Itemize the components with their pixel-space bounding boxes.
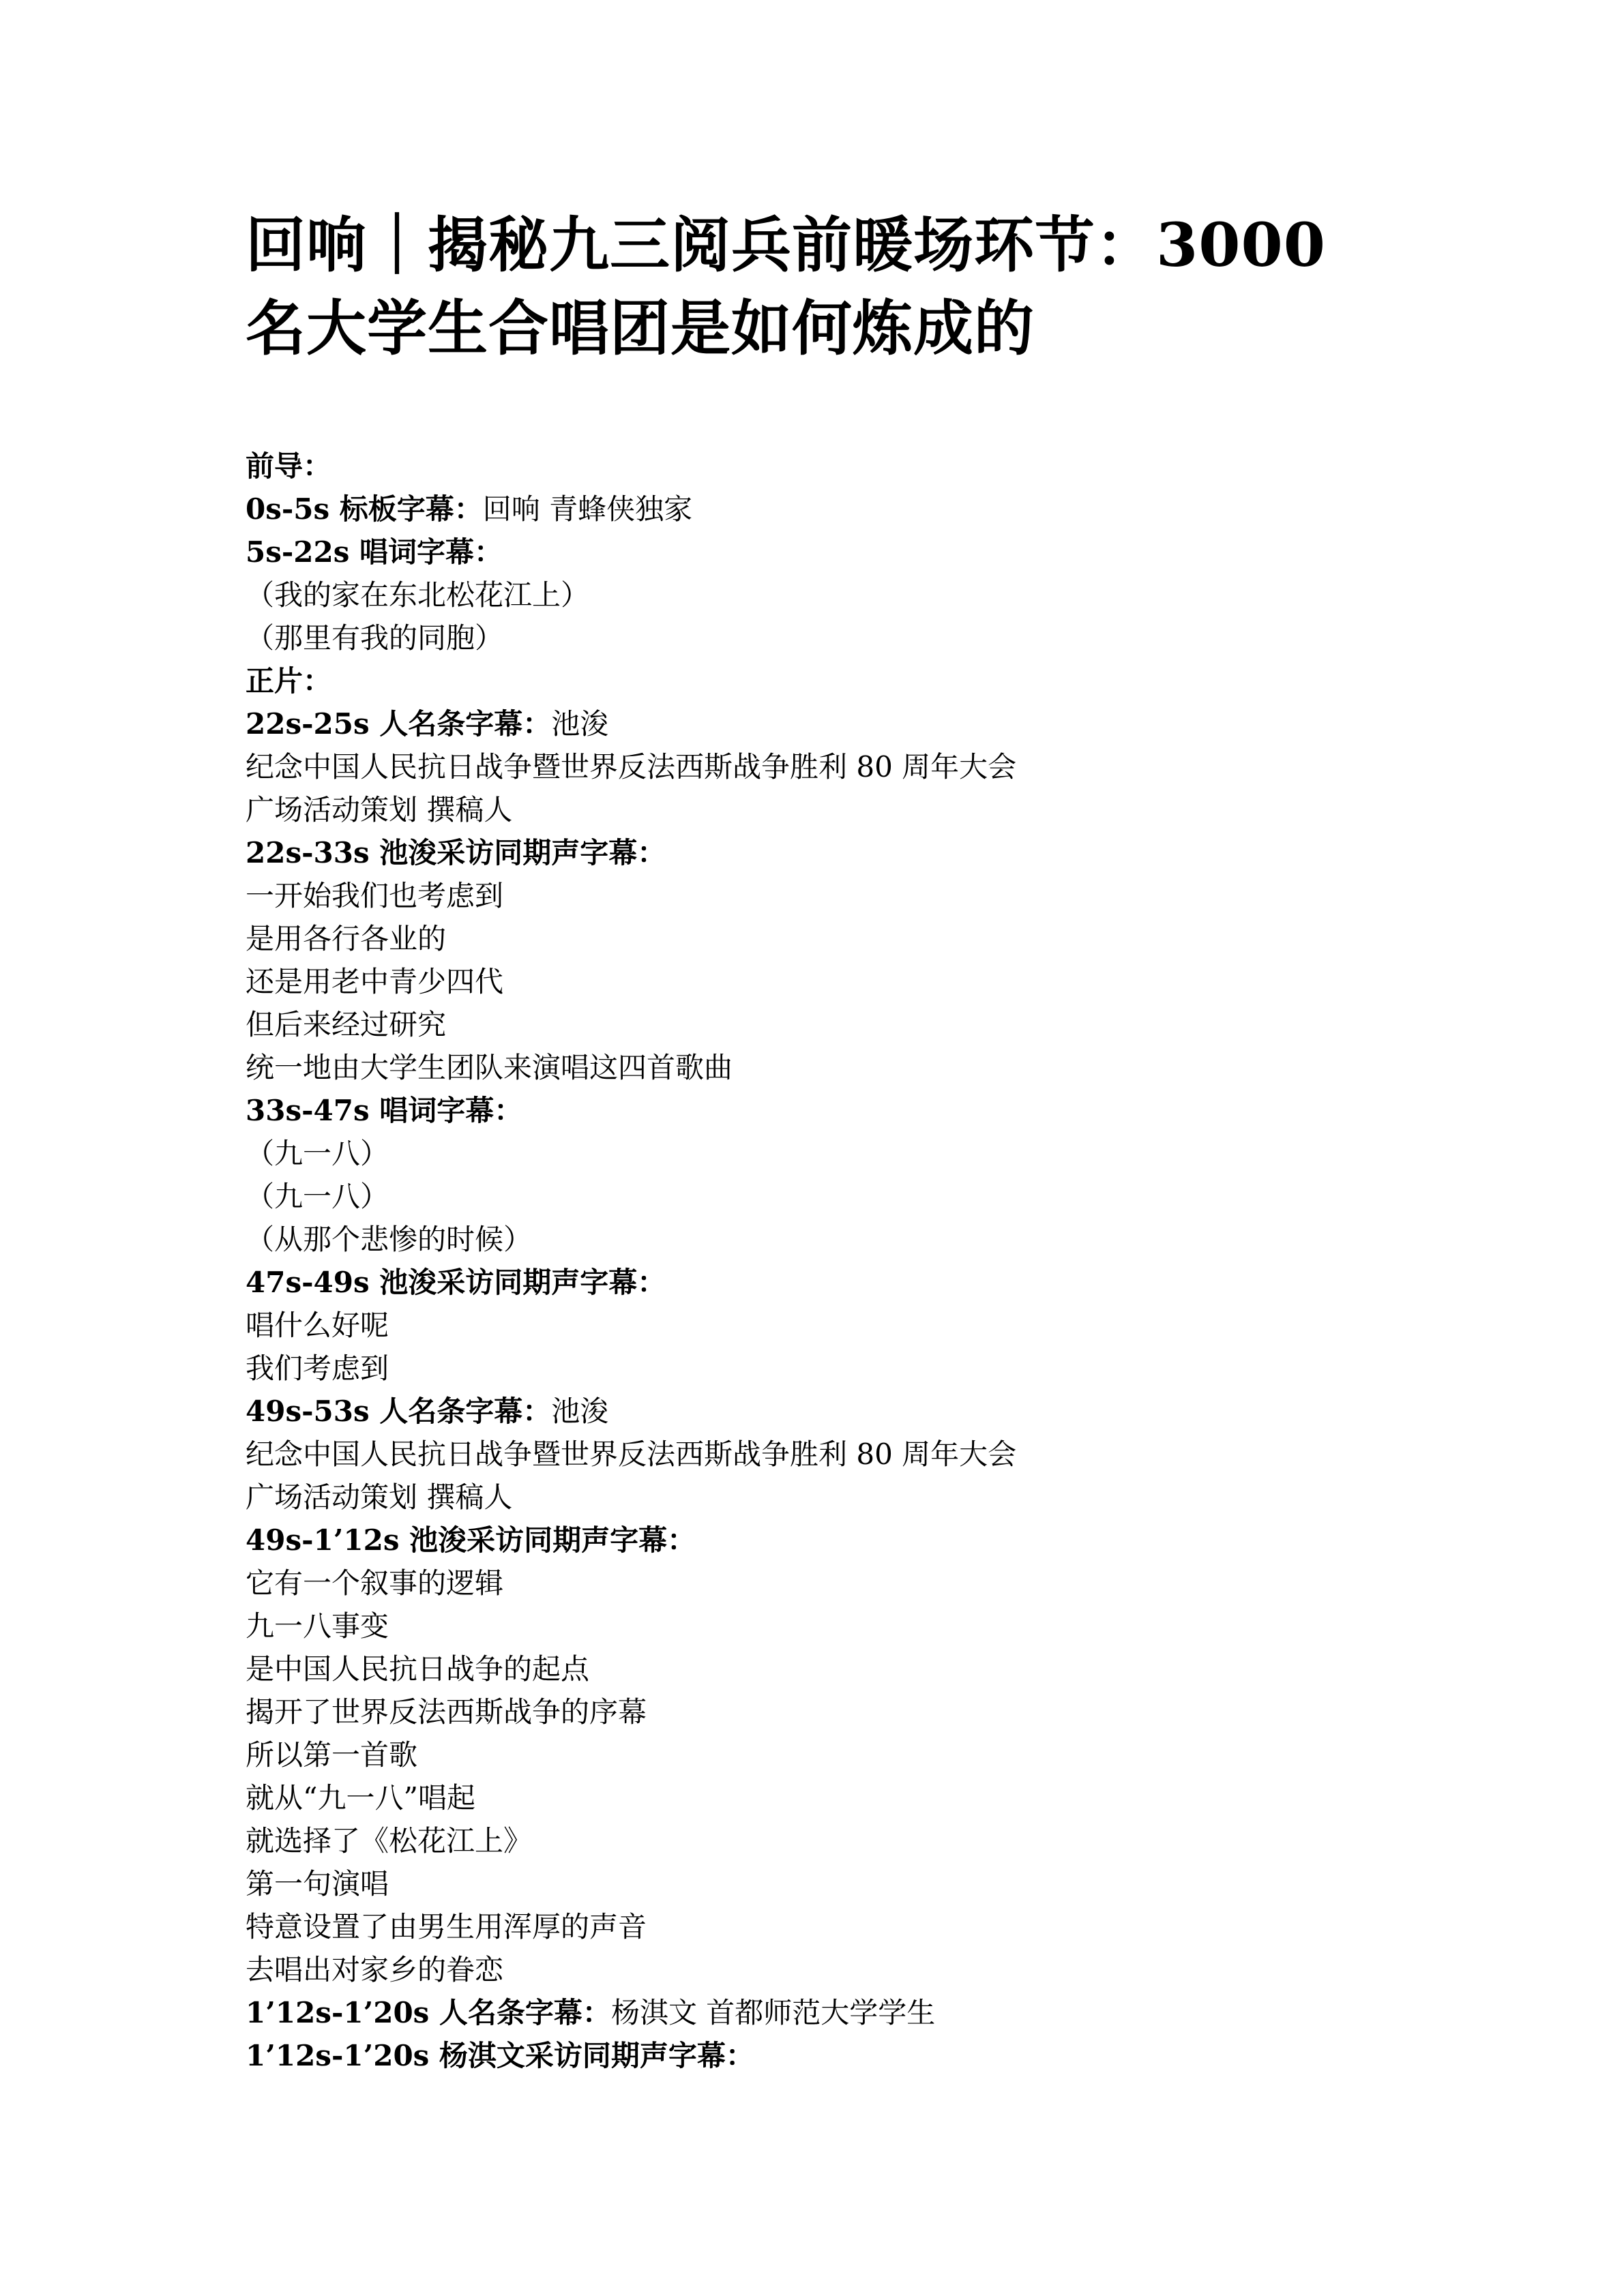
document-body: 前导：0s-5s 标板字幕：回响 青蜂侠独家5s-22s 唱词字幕：（我的家在东… xyxy=(246,445,1392,2077)
text-segment: 去唱出对家乡的眷恋 xyxy=(246,1953,503,1986)
text-line: 我们考虑到 xyxy=(246,1347,1392,1390)
text-line: 就选择了《松花江上》 xyxy=(246,1819,1392,1862)
text-segment: 一开始我们也考虑到 xyxy=(246,879,503,912)
text-segment-bold: 33s-47s 唱词字幕： xyxy=(246,1094,522,1127)
text-line: 正片： xyxy=(246,659,1392,702)
text-line: 33s-47s 唱词字幕： xyxy=(246,1089,1392,1132)
text-segment: （九一八） xyxy=(246,1137,389,1170)
text-line: 还是用老中青少四代 xyxy=(246,960,1392,1003)
text-line: 是用各行各业的 xyxy=(246,917,1392,960)
text-segment-bold: 47s-49s 池浚采访同期声字幕： xyxy=(246,1266,666,1299)
text-line: 47s-49s 池浚采访同期声字幕： xyxy=(246,1261,1392,1304)
text-line: 是中国人民抗日战争的起点 xyxy=(246,1648,1392,1690)
text-segment: （那里有我的同胞） xyxy=(246,621,503,655)
document-title-line-1: 回响｜揭秘九三阅兵前暖场环节：3000 xyxy=(246,203,1392,286)
text-segment-bold: 前导： xyxy=(246,449,331,483)
text-segment: 第一句演唱 xyxy=(246,1867,389,1900)
text-line: 统一地由大学生团队来演唱这四首歌曲 xyxy=(246,1046,1392,1089)
text-segment: 纪念中国人民抗日战争暨世界反法西斯战争胜利 80 周年大会 xyxy=(246,750,1016,784)
text-line: 所以第一首歌 xyxy=(246,1733,1392,1776)
text-segment: 杨淇文 首都师范大学学生 xyxy=(611,1996,935,2029)
text-line: （那里有我的同胞） xyxy=(246,616,1392,659)
text-line: 1’12s-1’20s 人名条字幕：杨淇文 首都师范大学学生 xyxy=(246,1991,1392,2034)
text-segment: 广场活动策划 撰稿人 xyxy=(246,1480,512,1514)
text-line: 但后来经过研究 xyxy=(246,1003,1392,1046)
text-segment-bold: 1’12s-1’20s 杨淇文采访同期声字幕： xyxy=(246,2039,754,2072)
text-line: （我的家在东北松花江上） xyxy=(246,573,1392,616)
text-segment: 特意设置了由男生用浑厚的声音 xyxy=(246,1910,647,1943)
text-line: （九一八） xyxy=(246,1175,1392,1218)
text-line: 纪念中国人民抗日战争暨世界反法西斯战争胜利 80 周年大会 xyxy=(246,1433,1392,1476)
text-segment: 回响 青蜂侠独家 xyxy=(483,492,692,526)
text-line: （从那个悲惨的时候） xyxy=(246,1218,1392,1261)
document-page: 回响｜揭秘九三阅兵前暖场环节：3000 名大学生合唱团是如何炼成的 前导：0s-… xyxy=(0,0,1624,2296)
text-segment: 是中国人民抗日战争的起点 xyxy=(246,1652,589,1686)
text-line: 49s-1’12s 池浚采访同期声字幕： xyxy=(246,1519,1392,1562)
text-line: 0s-5s 标板字幕：回响 青蜂侠独家 xyxy=(246,488,1392,531)
text-segment: 池浚 xyxy=(551,1395,608,1428)
document-title-line-2: 名大学生合唱团是如何炼成的 xyxy=(246,286,1392,370)
text-segment-bold: 正片： xyxy=(246,664,331,698)
text-line: 九一八事变 xyxy=(246,1605,1392,1648)
text-segment-bold: 22s-33s 池浚采访同期声字幕： xyxy=(246,836,666,869)
text-segment-bold: 49s-1’12s 池浚采访同期声字幕： xyxy=(246,1523,696,1557)
text-segment: 它有一个叙事的逻辑 xyxy=(246,1566,503,1600)
text-segment-bold: 0s-5s 标板字幕： xyxy=(246,492,483,526)
text-segment-bold: 49s-53s 人名条字幕： xyxy=(246,1395,551,1428)
text-segment-bold: 22s-25s 人名条字幕： xyxy=(246,707,551,741)
text-line: 广场活动策划 撰稿人 xyxy=(246,788,1392,831)
text-line: 它有一个叙事的逻辑 xyxy=(246,1562,1392,1605)
text-segment: 是用各行各业的 xyxy=(246,922,446,955)
text-line: 22s-33s 池浚采访同期声字幕： xyxy=(246,831,1392,874)
text-line: 就从“九一八”唱起 xyxy=(246,1776,1392,1819)
text-line: 1’12s-1’20s 杨淇文采访同期声字幕： xyxy=(246,2034,1392,2077)
document-title: 回响｜揭秘九三阅兵前暖场环节：3000 名大学生合唱团是如何炼成的 xyxy=(246,203,1392,370)
text-segment-bold: 1’12s-1’20s 人名条字幕： xyxy=(246,1996,611,2029)
text-line: 唱什么好呢 xyxy=(246,1304,1392,1347)
text-line: 前导： xyxy=(246,445,1392,488)
text-line: 49s-53s 人名条字幕：池浚 xyxy=(246,1390,1392,1433)
text-line: 特意设置了由男生用浑厚的声音 xyxy=(246,1905,1392,1948)
text-line: （九一八） xyxy=(246,1132,1392,1175)
text-line: 22s-25s 人名条字幕：池浚 xyxy=(246,702,1392,745)
text-segment: 纪念中国人民抗日战争暨世界反法西斯战争胜利 80 周年大会 xyxy=(246,1437,1016,1471)
text-segment: 广场活动策划 撰稿人 xyxy=(246,793,512,826)
text-segment: 揭开了世界反法西斯战争的序幕 xyxy=(246,1695,647,1729)
text-line: 第一句演唱 xyxy=(246,1862,1392,1905)
text-segment: （从那个悲惨的时候） xyxy=(246,1223,532,1256)
text-segment: 就选择了《松花江上》 xyxy=(246,1824,532,1858)
text-segment: 但后来经过研究 xyxy=(246,1008,446,1041)
text-line: 广场活动策划 撰稿人 xyxy=(246,1476,1392,1519)
text-segment: （我的家在东北松花江上） xyxy=(246,578,589,612)
text-segment-bold: 5s-22s 唱词字幕： xyxy=(246,535,503,569)
text-segment: 唱什么好呢 xyxy=(246,1309,389,1342)
text-segment: 我们考虑到 xyxy=(246,1352,389,1385)
text-segment: 池浚 xyxy=(551,707,608,741)
text-segment: 还是用老中青少四代 xyxy=(246,965,503,998)
text-line: 纪念中国人民抗日战争暨世界反法西斯战争胜利 80 周年大会 xyxy=(246,745,1392,788)
text-line: 揭开了世界反法西斯战争的序幕 xyxy=(246,1690,1392,1733)
text-line: 去唱出对家乡的眷恋 xyxy=(246,1948,1392,1991)
text-segment: 就从“九一八”唱起 xyxy=(246,1781,475,1815)
text-segment: 统一地由大学生团队来演唱这四首歌曲 xyxy=(246,1051,733,1084)
text-segment: （九一八） xyxy=(246,1180,389,1213)
text-segment: 九一八事变 xyxy=(246,1609,389,1643)
text-line: 一开始我们也考虑到 xyxy=(246,874,1392,917)
text-line: 5s-22s 唱词字幕： xyxy=(246,531,1392,573)
text-segment: 所以第一首歌 xyxy=(246,1738,417,1772)
